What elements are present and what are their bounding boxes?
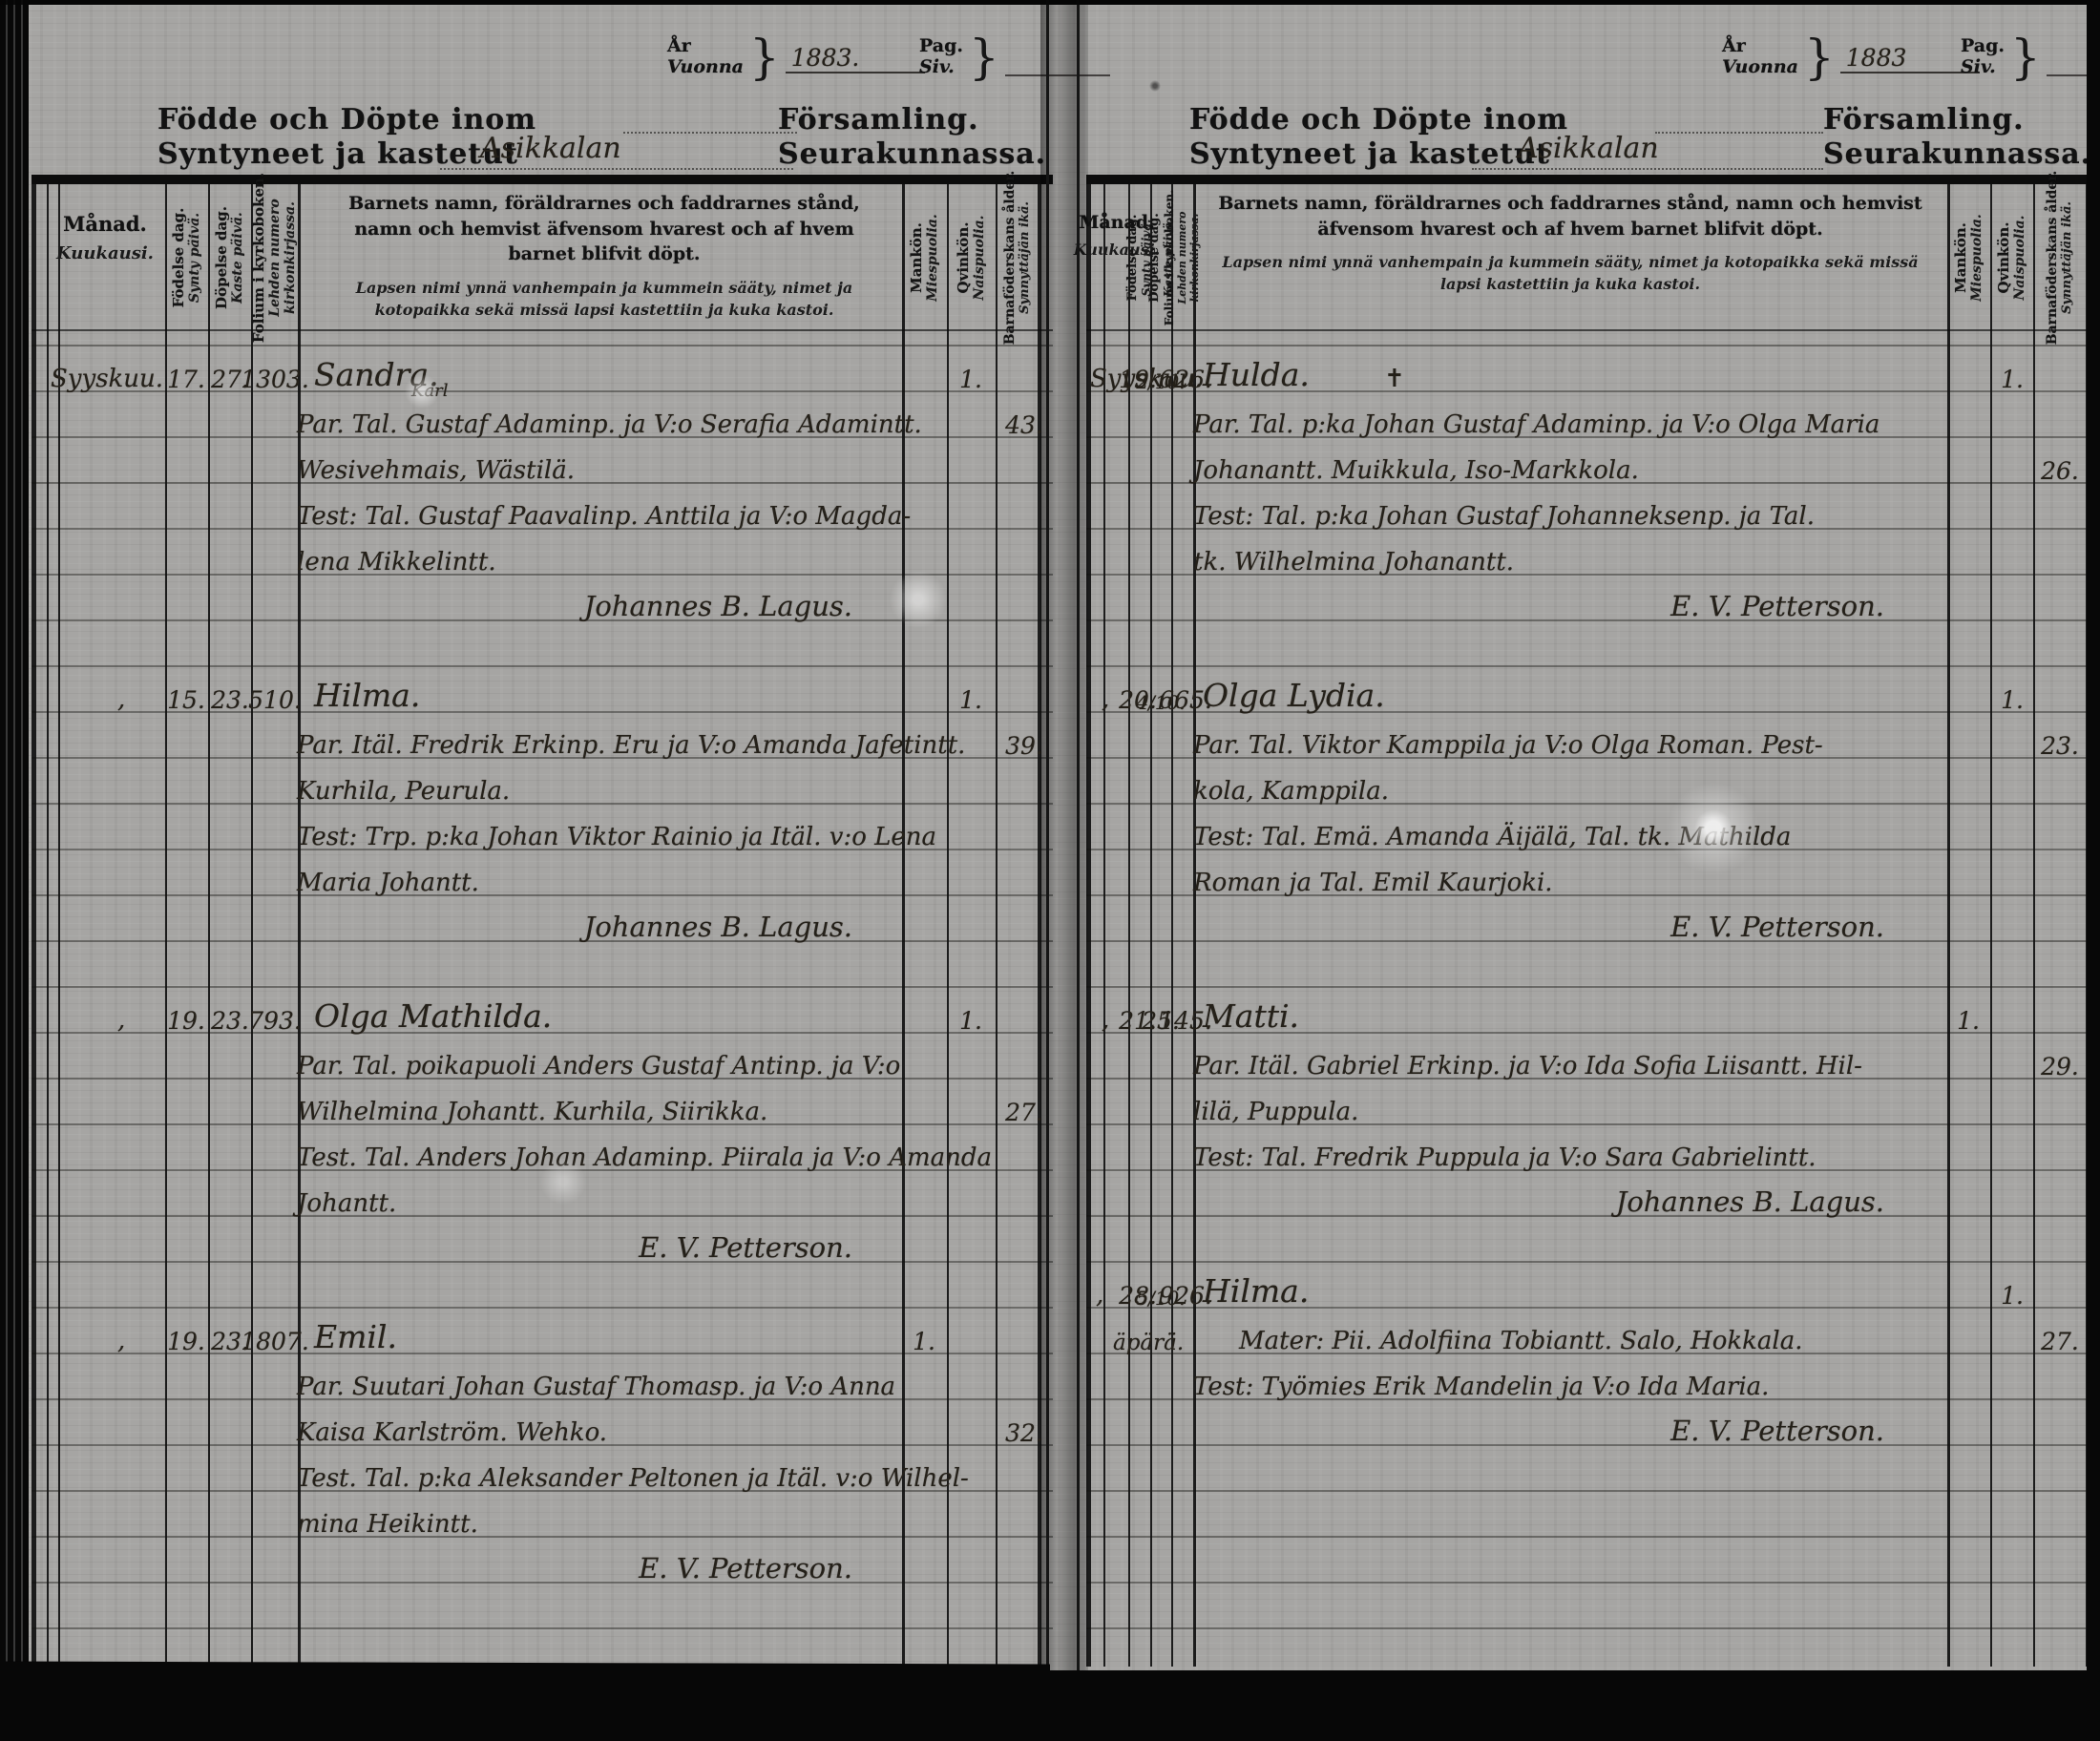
year-label-finnish: Vuonna bbox=[667, 57, 744, 78]
scan-edge-bottom bbox=[0, 1670, 2100, 1741]
entry-birth-day: 17. bbox=[165, 357, 207, 393]
column-header-birth-day: Födelse dag. Synty päivä. bbox=[165, 186, 207, 329]
entry-signature: Johannes B. Lagus. bbox=[299, 586, 852, 622]
entry-text-line: Par. Tal. poikapuoli Anders Gustaf Antin… bbox=[297, 1044, 900, 1080]
entry-mother-age: 29. bbox=[2035, 1044, 2085, 1080]
page-label-finnish: Siv. bbox=[1961, 57, 2005, 78]
entry-text-line: Johantt. bbox=[297, 1182, 396, 1218]
parish-name-handwritten: Asikkalan bbox=[1518, 132, 1659, 165]
entry-folio: 1303. bbox=[247, 357, 303, 393]
entry-text-line: Wesivehmais, Wästilä. bbox=[297, 449, 575, 485]
brace-glyph: } bbox=[1804, 36, 1835, 78]
entry-child-name: Hilma. bbox=[314, 678, 420, 714]
entry-text-line: Test. Tal. p:ka Aleksander Peltonen ja I… bbox=[297, 1457, 969, 1493]
year-value: 1883. bbox=[786, 36, 925, 73]
parish-writing-line bbox=[440, 168, 793, 170]
entry-mother-age: 26. bbox=[2035, 449, 2085, 485]
entry-text-line: tk. Wilhelmina Johanantt. bbox=[1193, 540, 1514, 577]
register-entry: , 19. 23. 793. Olga Mathilda. Par. Tal. … bbox=[31, 998, 1053, 1275]
folio-swedish: Folium i kyrkoboken. bbox=[1163, 190, 1176, 326]
entry-male-tally: 1. bbox=[902, 1319, 946, 1355]
parish-writing-line bbox=[1472, 168, 1823, 170]
brace-glyph: } bbox=[2010, 36, 2041, 78]
baptism-day-swedish: Döpelse dag. bbox=[213, 206, 230, 309]
birth-day-swedish: Födelse dag. bbox=[1125, 215, 1140, 302]
details-finnish: Lapsen nimi ynnä vanhempain ja kummein s… bbox=[1217, 251, 1923, 295]
page-edge-line bbox=[1077, 0, 1080, 1670]
register-entry: Syyskuu. 19. 2/10. 626. Hulda. ✝ Par. Ta… bbox=[1086, 357, 2092, 634]
mother-age-swedish: Barnaföderskans ålder. bbox=[2045, 171, 2060, 346]
parish-writing-line-upper bbox=[623, 132, 797, 134]
folio-finnish-2: kirkonkirjassa. bbox=[1188, 214, 1201, 303]
binding-scratch bbox=[13, 0, 15, 1741]
baptism-day-swedish: Döpelse dag. bbox=[1147, 213, 1162, 303]
page-label-finnish: Siv. bbox=[919, 57, 963, 78]
brace-glyph: } bbox=[969, 36, 999, 78]
folio-swedish: Folium i kyrkoboken. bbox=[250, 173, 267, 343]
entry-baptism-day: 23. bbox=[209, 678, 251, 714]
mother-age-swedish: Barnaföderskans ålder. bbox=[1002, 171, 1018, 346]
entry-text-line: Mater: Pii. Adolfiina Tobiantt. Salo, Ho… bbox=[1239, 1319, 1802, 1355]
male-swedish: Mankön. bbox=[908, 222, 925, 293]
column-header-mother-age: Barnaföderskans ålder. Synnyttäjän ikä. bbox=[996, 177, 1038, 339]
entry-inserted-word: Karl bbox=[411, 378, 449, 401]
month-label-swedish: Månad. bbox=[49, 212, 161, 236]
entry-text-line: Test: Tal. Gustaf Paavalinp. Anttila ja … bbox=[297, 494, 911, 531]
parish-writing-line-upper bbox=[1655, 132, 1823, 134]
scan-edge-left bbox=[0, 0, 29, 1741]
year-label-swedish: År bbox=[1722, 36, 1798, 57]
entry-child-name: Olga Mathilda. bbox=[314, 998, 552, 1035]
death-cross-mark: ✝ bbox=[1384, 357, 1405, 393]
entry-signature: E. V. Petterson. bbox=[1201, 907, 1884, 943]
binding-scratch bbox=[21, 0, 23, 1741]
entry-text-line: Test: Tal. Fredrik Puppula ja V:o Sara G… bbox=[1193, 1136, 1816, 1172]
entry-text-line: Test: Tal. Emä. Amanda Äijälä, Tal. tk. … bbox=[1193, 815, 1791, 851]
entry-text-line: Kaisa Karlström. Wehko. bbox=[297, 1411, 607, 1447]
entry-text-line: Roman ja Tal. Emil Kaurjoki. bbox=[1193, 861, 1553, 897]
month-label-finnish: Kuukausi. bbox=[49, 243, 161, 263]
birth-day-swedish: Födelse dag. bbox=[170, 208, 187, 308]
page-labels: Pag. Siv. bbox=[1961, 36, 2005, 78]
male-finnish: Miespuolia. bbox=[925, 214, 940, 302]
year-labels: År Vuonna bbox=[1722, 36, 1798, 78]
entry-text-line: lena Mikkelintt. bbox=[297, 540, 496, 577]
column-header-female: Qvinkön. Naispuolia. bbox=[1992, 186, 2030, 329]
register-entry: , 19. 23. 1807. Emil. Par. Suutari Johan… bbox=[31, 1319, 1053, 1596]
year-value: 1883 bbox=[1840, 36, 1980, 73]
binding-scratch bbox=[6, 0, 8, 1741]
page-label-swedish: Pag. bbox=[1961, 36, 2005, 57]
entry-mother-age: 23. bbox=[2035, 724, 2085, 760]
female-finnish: Naispuolia. bbox=[2012, 216, 2027, 301]
entry-birth-day: 15. bbox=[165, 678, 207, 714]
entry-female-tally: 1. bbox=[948, 678, 994, 714]
entry-text-line: Par. Itäl. Gabriel Erkinp. ja V:o Ida So… bbox=[1193, 1044, 1862, 1080]
birth-day-finnish: Synty päivä. bbox=[187, 213, 202, 303]
mother-age-finnish: Synnyttäjän ikä. bbox=[2060, 201, 2074, 314]
parish-label-swedish: Församling. bbox=[1823, 103, 2025, 136]
entry-child-name: Matti. bbox=[1203, 998, 1299, 1035]
entry-text-line: Kurhila, Peurula. bbox=[297, 769, 510, 806]
brace-glyph: } bbox=[749, 36, 780, 78]
entry-female-tally: 1. bbox=[1991, 357, 2033, 393]
entry-text-line: Maria Johantt. bbox=[297, 861, 479, 897]
page-labels: Pag. Siv. bbox=[919, 36, 963, 78]
column-header-female: Qvinkön. Naispuolia. bbox=[952, 186, 990, 329]
entry-signature: E. V. Petterson. bbox=[1201, 1411, 1884, 1447]
page-edge-line bbox=[1046, 0, 1049, 1670]
male-swedish: Mankön. bbox=[1952, 222, 1969, 293]
entry-text-line: Par. Tal. Viktor Kamppila ja V:o Olga Ro… bbox=[1193, 724, 1823, 760]
year-label-swedish: År bbox=[667, 36, 744, 57]
entry-text-line: Test: Trp. p:ka Johan Viktor Rainio ja I… bbox=[297, 815, 936, 851]
parish-label-finnish: Seurakunnassa. bbox=[1823, 137, 2091, 171]
column-header-mother-age: Barnaföderskans ålder. Synnyttäjän ikä. bbox=[2038, 177, 2080, 339]
entry-text-line: Test: Työmies Erik Mandelin ja V:o Ida M… bbox=[1193, 1365, 1769, 1401]
entry-child-name: Emil. bbox=[314, 1319, 397, 1355]
entry-folio: 1807. bbox=[247, 1319, 303, 1355]
entry-female-tally: 1. bbox=[948, 357, 994, 393]
column-header-folio: Folium i kyrkoboken. Lehden numero kirko… bbox=[1163, 186, 1201, 329]
entry-signature: E. V. Petterson. bbox=[1201, 586, 1884, 622]
entry-text-line: Johanantt. Muikkula, Iso-Markkola. bbox=[1193, 449, 1639, 485]
left-page: År Vuonna } 1883. Pag. Siv. } Födde och … bbox=[31, 0, 1053, 1670]
entry-text-line: Test. Tal. Anders Johan Adaminp. Piirala… bbox=[297, 1136, 992, 1172]
entry-male-tally: 1. bbox=[1947, 998, 1989, 1035]
parish-register-scan: År Vuonna } 1883. Pag. Siv. } Födde och … bbox=[0, 0, 2100, 1741]
entry-birth-day: 19. bbox=[165, 1319, 207, 1355]
register-entry: , 15. 23. 510. Hilma. Par. Itäl. Fredrik… bbox=[31, 678, 1053, 954]
parish-label-swedish: Församling. bbox=[778, 103, 979, 136]
entry-text-line: Par. Suutari Johan Gustaf Thomasp. ja V:… bbox=[297, 1365, 895, 1401]
female-swedish: Qvinkön. bbox=[1995, 222, 2012, 294]
entry-text-line: mina Heikintt. bbox=[297, 1502, 478, 1539]
year-label-finnish: Vuonna bbox=[1722, 57, 1798, 78]
right-page: År Vuonna } 1883 Pag. Siv. } Födde och D… bbox=[1086, 0, 2092, 1670]
column-header-folio: Folium i kyrkoboken. Lehden numero kirko… bbox=[243, 181, 304, 334]
page-label-swedish: Pag. bbox=[919, 36, 963, 57]
folio-finnish-1: Lehden numero bbox=[267, 199, 283, 316]
entry-text-line: lilä, Puppula. bbox=[1193, 1090, 1358, 1126]
scan-edge-top bbox=[0, 0, 2100, 5]
entry-child-name: Hilma. bbox=[1203, 1273, 1309, 1310]
entry-mother-age: 27. bbox=[2035, 1319, 2085, 1355]
entry-signature: Johannes B. Lagus. bbox=[1201, 1182, 1884, 1218]
entry-signature: E. V. Petterson. bbox=[299, 1227, 852, 1264]
year-labels: År Vuonna bbox=[667, 36, 744, 78]
column-header-male: Mankön. Miespuolia. bbox=[905, 186, 943, 329]
parish-label-finnish: Seurakunnassa. bbox=[778, 137, 1046, 171]
register-entry: , 21. 25. 145. Matti. Par. Itäl. Gabriel… bbox=[1086, 998, 2092, 1237]
entry-signature: Johannes B. Lagus. bbox=[299, 907, 852, 943]
title-finnish: Syntyneet ja kastetut bbox=[157, 137, 518, 171]
entry-text-line: Wilhelmina Johantt. Kurhila, Siirikka. bbox=[297, 1090, 767, 1126]
column-header-male: Mankön. Miespuolia. bbox=[1949, 186, 1987, 329]
header-rule bbox=[31, 175, 1053, 184]
female-swedish: Qvinkön. bbox=[955, 222, 972, 294]
entry-female-tally: 1. bbox=[1991, 678, 2033, 714]
header-rule bbox=[1086, 175, 2092, 184]
entry-text-line: Par. Tal. p:ka Johan Gustaf Adaminp. ja … bbox=[1193, 403, 1879, 439]
register-entry: Syyskuu. 17. 27. 1303. Sandra. Karl Par.… bbox=[31, 357, 1053, 634]
entry-folio: 793. bbox=[247, 998, 303, 1035]
scan-edge-right bbox=[2087, 0, 2100, 1741]
entry-month-note: äpärä. bbox=[1113, 1319, 1184, 1355]
details-swedish: Barnets namn, föräldrarnes och faddrarne… bbox=[1217, 191, 1923, 241]
entry-female-tally: 1. bbox=[948, 998, 994, 1035]
mother-age-finnish: Synnyttäjän ikä. bbox=[1018, 201, 1032, 314]
folio-finnish-2: kirkonkirjassa. bbox=[283, 201, 298, 314]
column-header-details: Barnets namn, föräldrarnes och faddrarne… bbox=[1217, 191, 1923, 296]
entry-text-line: kola, Kamppila. bbox=[1193, 769, 1389, 806]
details-swedish: Barnets namn, föräldrarnes och faddrarne… bbox=[318, 191, 891, 267]
register-entry: , 20. 4/10. 665. Olga Lydia. Par. Tal. V… bbox=[1086, 678, 2092, 954]
entry-text-line: Par. Itäl. Fredrik Erkinp. Eru ja V:o Am… bbox=[297, 724, 965, 760]
entry-female-tally: 1. bbox=[1991, 1273, 2033, 1310]
entry-text-line: Test: Tal. p:ka Johan Gustaf Johanneksen… bbox=[1193, 494, 1815, 531]
entry-child-name: Olga Lydia. bbox=[1203, 678, 1385, 714]
folio-finnish-1: Lehden numero bbox=[1176, 212, 1188, 304]
title-finnish: Syntyneet ja kastetut bbox=[1189, 137, 1550, 171]
entry-month: Syyskuu. bbox=[51, 357, 170, 393]
page-number-field: Pag. Siv. } bbox=[1961, 36, 2100, 78]
entry-child-name: Hulda. bbox=[1203, 357, 1310, 393]
year-field: År Vuonna } 1883 bbox=[1722, 36, 1980, 78]
column-header-month: Månad. Kuukausi. bbox=[49, 212, 161, 263]
entry-baptism-day: 23. bbox=[209, 998, 251, 1035]
details-finnish: Lapsen nimi ynnä vanhempain ja kummein s… bbox=[318, 277, 891, 321]
entry-birth-day: 19. bbox=[165, 998, 207, 1035]
female-finnish: Naispuolia. bbox=[972, 216, 987, 301]
entry-signature: E. V. Petterson. bbox=[299, 1548, 852, 1584]
parish-name-handwritten: Asikkalan bbox=[480, 132, 621, 165]
entry-folio: 510. bbox=[247, 678, 303, 714]
register-entry: , äpärä. 28. 5/10. 926. Hilma. Mater: Pi… bbox=[1086, 1273, 2092, 1483]
entry-text-line: Par. Tal. Gustaf Adaminp. ja V:o Serafia… bbox=[297, 403, 922, 439]
column-header-details: Barnets namn, föräldrarnes och faddrarne… bbox=[318, 191, 891, 321]
male-finnish: Miespuolia. bbox=[1969, 214, 1984, 302]
title-swedish: Födde och Döpte inom bbox=[1189, 103, 1568, 136]
year-field: År Vuonna } 1883. bbox=[667, 36, 925, 78]
